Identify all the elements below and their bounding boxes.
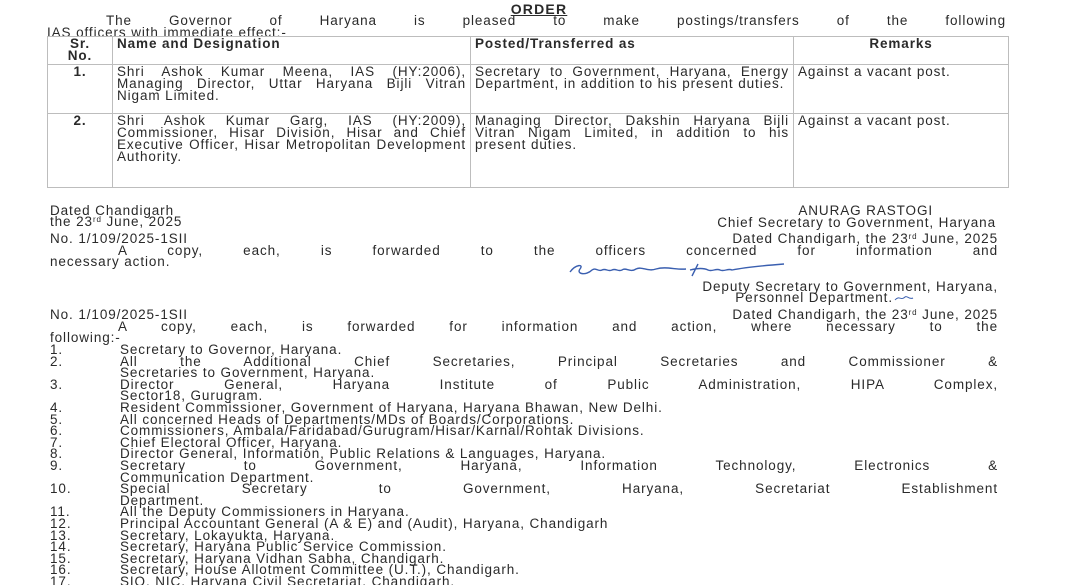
endorsement-1-date-sup: rd bbox=[909, 232, 918, 241]
row-sr-no: 1. bbox=[48, 65, 113, 114]
row-posted-as: Secretary to Government, Haryana, Energy… bbox=[475, 66, 789, 90]
column-header-name: Name and Designation bbox=[113, 37, 471, 65]
dated-rest: June, 2025 bbox=[102, 214, 182, 229]
endorsement-2-date-sup: rd bbox=[909, 308, 918, 317]
dated-date: the 23rd June, 2025 bbox=[50, 214, 182, 229]
table-header-row: Sr. No. Name and Designation Posted/Tran… bbox=[48, 37, 1009, 65]
column-header-no: No. bbox=[52, 50, 108, 62]
row-name-designation: Shri Ashok Kumar Garg, IAS (HY:2009), Co… bbox=[117, 115, 466, 163]
endorsement-1-text-line-1: A copy, each, is forwarded to the office… bbox=[118, 243, 998, 258]
table-row: 2. Shri Ashok Kumar Garg, IAS (HY:2009),… bbox=[48, 114, 1009, 188]
recipient-item: SIO, NIC, Haryana Civil Secretariat, Cha… bbox=[120, 574, 455, 585]
endorsement-1-text-line-2: necessary action. bbox=[50, 254, 170, 269]
row-remarks: Against a vacant post. bbox=[798, 115, 1004, 127]
signatory-designation: Chief Secretary to Government, Haryana bbox=[717, 215, 996, 230]
endorsement-2-text-line-1: A copy, each, is forwarded for informati… bbox=[118, 319, 998, 334]
dated-sup: rd bbox=[93, 215, 102, 224]
recipient-item: Special Secretary to Government, Haryana… bbox=[120, 481, 998, 496]
column-header-remarks: Remarks bbox=[794, 37, 1009, 65]
row-name-designation: Shri Ashok Kumar Meena, IAS (HY:2006), M… bbox=[117, 66, 466, 102]
recipient-number: 10. bbox=[50, 481, 71, 496]
recipient-number: 17. bbox=[50, 574, 71, 585]
table-row: 1. Shri Ashok Kumar Meena, IAS (HY:2006)… bbox=[48, 65, 1009, 114]
initials-mark bbox=[893, 291, 917, 303]
column-header-posted: Posted/Transferred as bbox=[471, 37, 794, 65]
row-posted-as: Managing Director, Dakshin Haryana Bijli… bbox=[475, 115, 789, 151]
recipient-number: 3. bbox=[50, 377, 63, 392]
postings-table: Sr. No. Name and Designation Posted/Tran… bbox=[47, 36, 1009, 188]
recipient-number: 9. bbox=[50, 458, 63, 473]
row-remarks: Against a vacant post. bbox=[798, 66, 1004, 78]
row-sr-no: 2. bbox=[48, 114, 113, 188]
endorsement-1-signer-department: Personnel Department. bbox=[735, 290, 893, 305]
column-header-sr-no: Sr. No. bbox=[48, 37, 113, 65]
signature-image bbox=[558, 258, 798, 280]
dated-day: the 23 bbox=[50, 214, 93, 229]
recipient-number: 2. bbox=[50, 354, 63, 369]
